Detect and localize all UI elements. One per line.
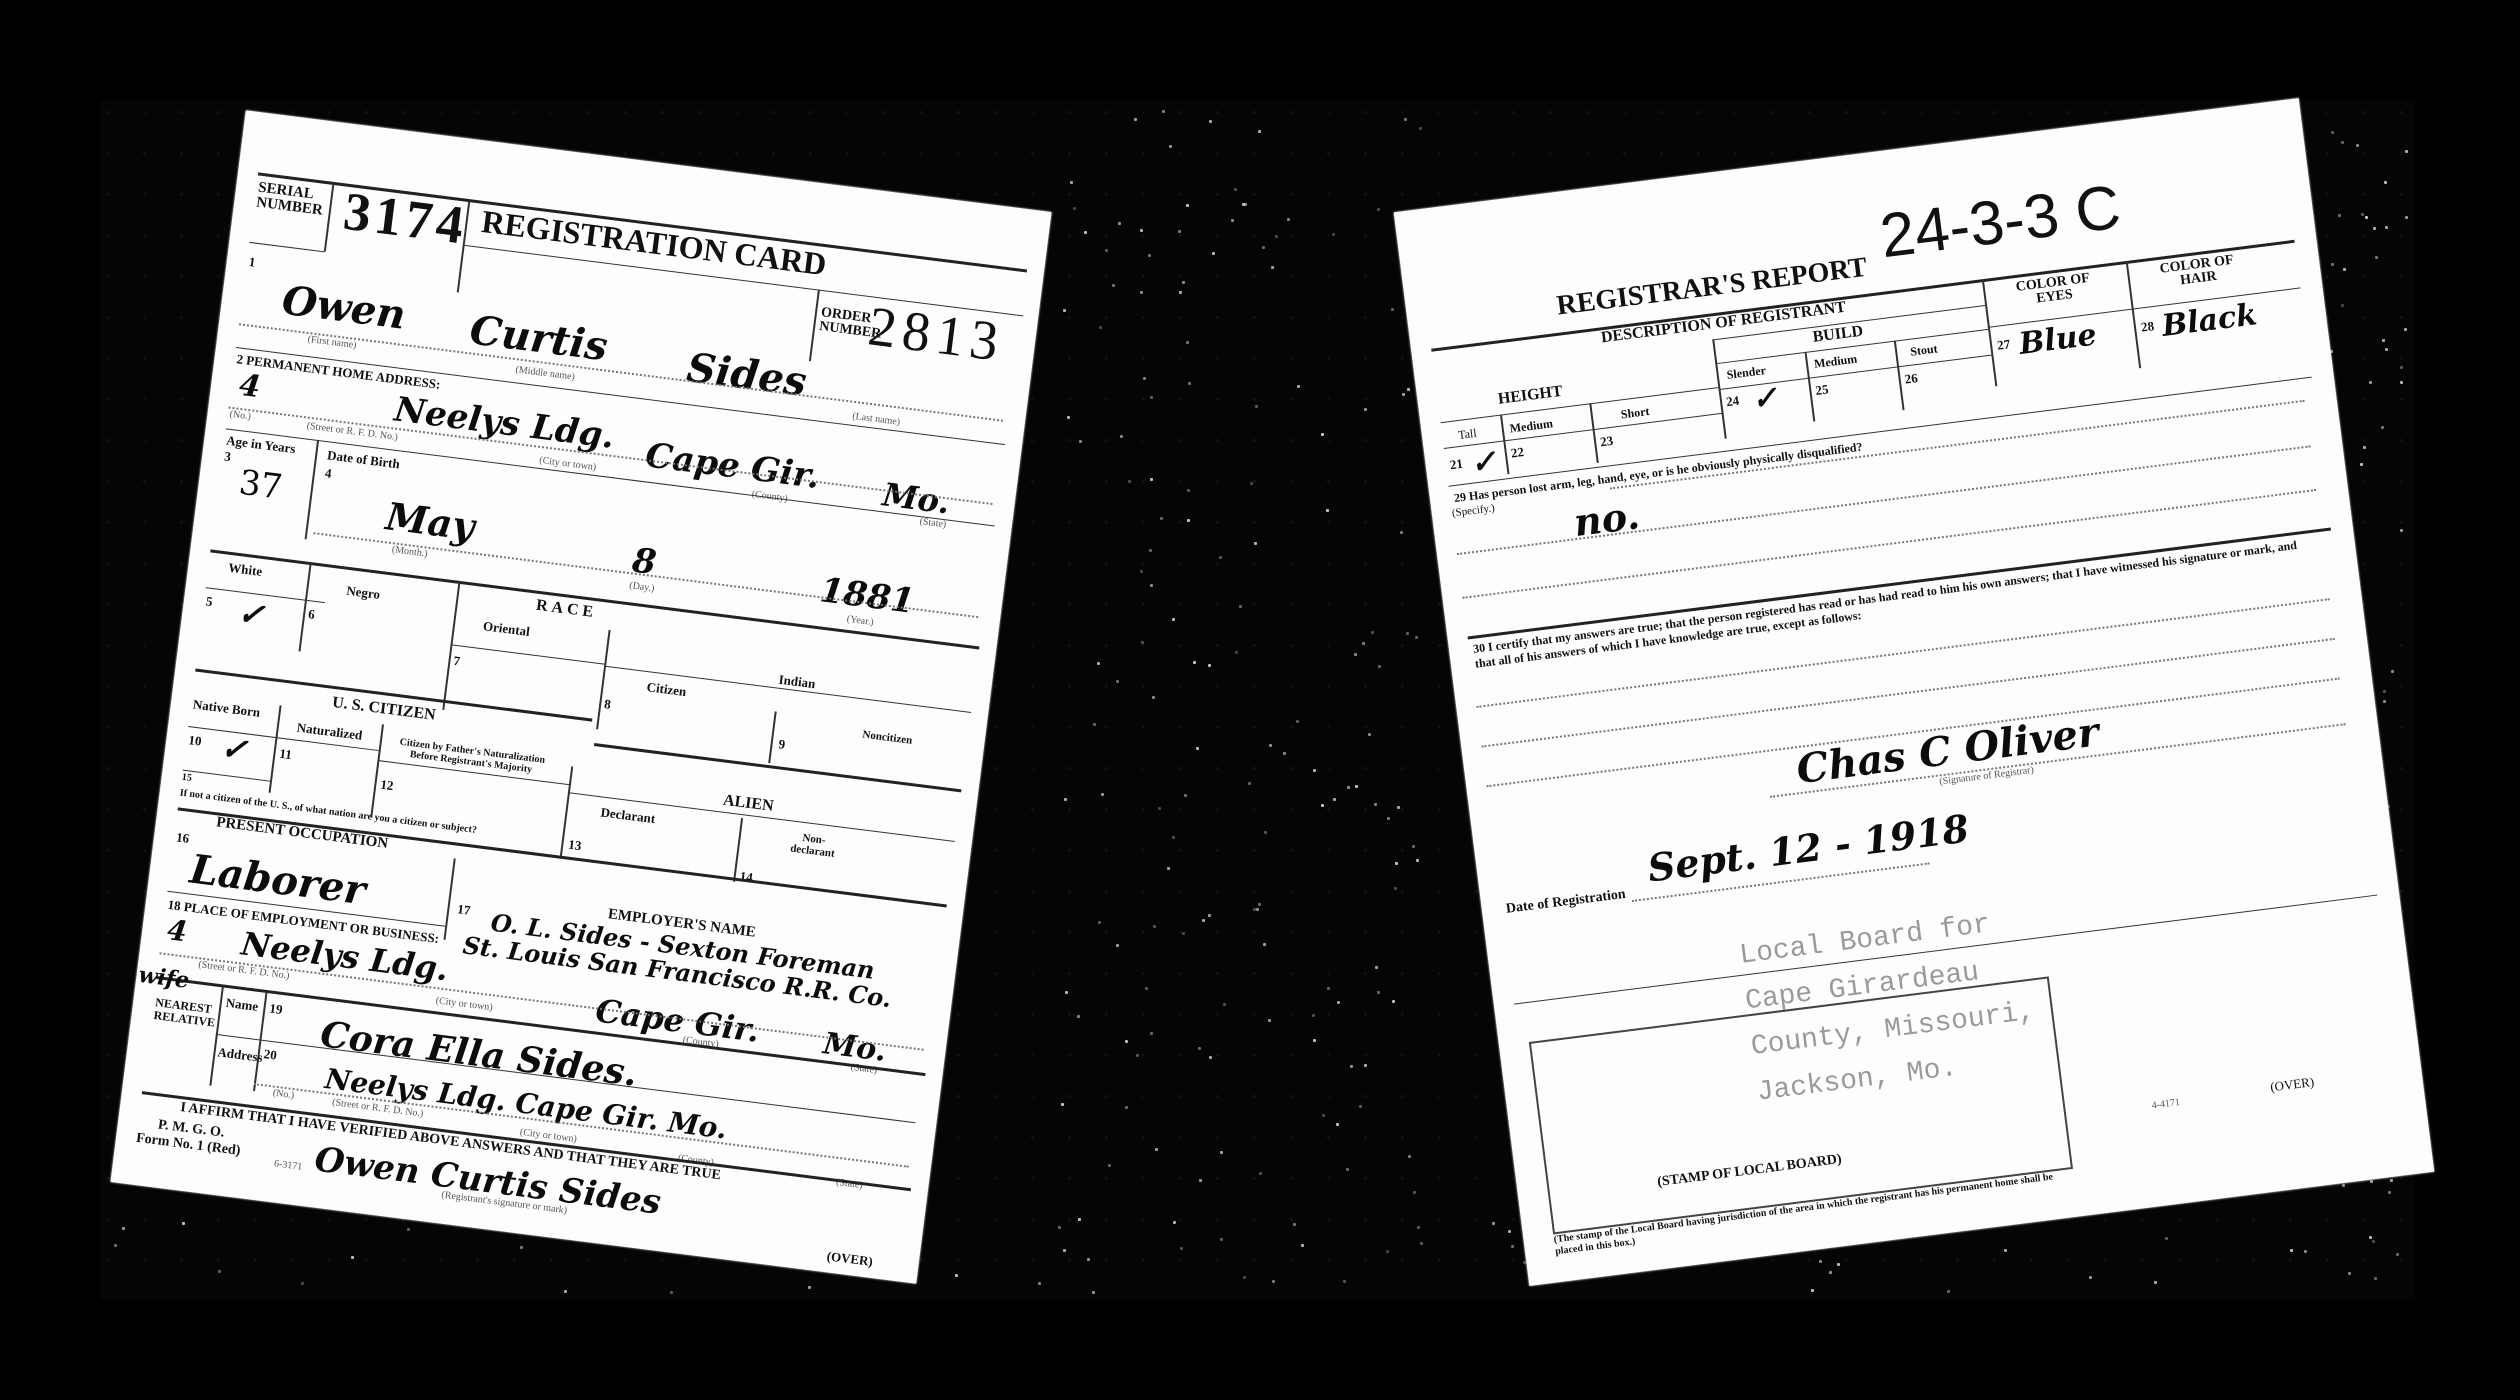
relative-name-label: Name: [225, 995, 259, 1015]
dob-year: 1881: [818, 570, 917, 622]
field-number: 9: [778, 736, 786, 753]
field-number: 25: [1814, 381, 1829, 399]
hint-city: (City or town): [539, 455, 597, 473]
q30-certification: 30 I certify that my answers are true; t…: [1472, 535, 2319, 671]
field-number: 16: [175, 829, 190, 847]
home-address-no: 4: [237, 368, 262, 405]
build-stout-label: Stout: [1909, 341, 1938, 359]
field-number: 26: [1904, 370, 1919, 388]
home-address-county: Cape Gir.: [643, 435, 822, 497]
nondeclarant-label: Non-declarant: [782, 830, 845, 861]
native-born-label: Native Born: [192, 696, 261, 720]
field-number: 20: [263, 1046, 278, 1064]
report-stamp-code: 24-3-3 C: [1876, 172, 2124, 273]
height-short-label: Short: [1620, 404, 1650, 422]
serial-label: SERIAL NUMBER: [255, 181, 328, 220]
field-number: 24: [1725, 393, 1740, 411]
dob-month: May: [383, 493, 477, 549]
registration-date-label: Date of Registration: [1505, 887, 1627, 918]
field-number: 12: [379, 777, 394, 795]
hint-no: (No.): [272, 1088, 295, 1102]
race-white-check: ✓: [236, 593, 267, 634]
field-number: 23: [1599, 433, 1614, 451]
field-number: 28: [2140, 318, 2155, 336]
eyes-value: Blue: [2017, 317, 2098, 361]
build-medium-label: Medium: [1813, 352, 1858, 372]
hint-day: (Day.): [629, 580, 655, 594]
field-number: 11: [279, 746, 293, 763]
height-medium-label: Medium: [1509, 416, 1554, 436]
race-white-label: White: [227, 560, 263, 580]
field-number: 3: [223, 448, 231, 465]
registrar-report-back: REGISTRAR'S REPORT 24-3-3 C DESCRIPTION …: [1394, 98, 2434, 1286]
hint-no: (No.): [229, 409, 252, 423]
hint-year: (Year.): [846, 614, 874, 628]
form-code: 4-4171: [2151, 1097, 2180, 1111]
hint-middle-name: (Middle name): [515, 364, 576, 382]
card-title: REGISTRATION CARD: [480, 203, 829, 283]
field-number: 22: [1510, 444, 1525, 462]
field-number: 13: [567, 837, 582, 855]
race-indian-citizen-label: Citizen: [646, 679, 687, 700]
hint-city: (City or town): [435, 995, 493, 1013]
race-indian-noncitizen-label: Noncitizen: [862, 729, 913, 747]
field-number: 5: [205, 593, 213, 610]
dob-label: Date of Birth: [326, 447, 400, 472]
first-name: Owen: [279, 277, 408, 339]
field-number: 15: [181, 772, 192, 784]
registration-card-front: SERIAL NUMBER 3174 REGISTRATION CARD ORD…: [111, 110, 1052, 1283]
over-label: (OVER): [826, 1248, 874, 1270]
field-number: 14: [739, 868, 754, 886]
place-no: 4: [166, 913, 189, 948]
age-value: 37: [237, 463, 285, 508]
race-oriental-label: Oriental: [482, 618, 531, 640]
field-number: 19: [269, 1000, 284, 1018]
relative-relation: wife: [137, 962, 191, 994]
form-code: 6-3171: [273, 1158, 302, 1172]
field-number: 27: [1996, 336, 2011, 354]
declarant-label: Declarant: [600, 804, 656, 827]
field-number: 8: [603, 696, 611, 713]
field-number: 21: [1449, 456, 1464, 474]
build-slender-check: ✓: [1750, 380, 1779, 418]
field-number: 4: [324, 465, 332, 482]
native-born-check: ✓: [218, 728, 249, 769]
last-name: Sides: [684, 344, 809, 406]
build-slender-label: Slender: [1726, 363, 1767, 383]
home-address-label: 2 PERMANENT HOME ADDRESS:: [236, 351, 442, 393]
height-label: HEIGHT: [1497, 383, 1564, 409]
over-label: (OVER): [2269, 1074, 2315, 1095]
height-tall-check: ✓: [1469, 444, 1498, 482]
field-number: 7: [453, 653, 461, 670]
field-number: 17: [456, 901, 471, 919]
relative-address-label: Address: [217, 1044, 264, 1066]
field-number: 6: [307, 606, 315, 623]
race-negro-label: Negro: [345, 583, 380, 603]
height-tall-label: Tall: [1457, 426, 1477, 443]
serial-number: 3174: [340, 180, 471, 257]
field-number: 10: [187, 732, 202, 750]
order-number: 2813: [865, 294, 1008, 375]
relative-label: NEAREST RELATIVE: [153, 996, 216, 1029]
home-address-street: Neelys Ldg.: [392, 390, 617, 457]
field-number: 1: [248, 254, 256, 271]
race-title: RACE: [535, 597, 598, 623]
